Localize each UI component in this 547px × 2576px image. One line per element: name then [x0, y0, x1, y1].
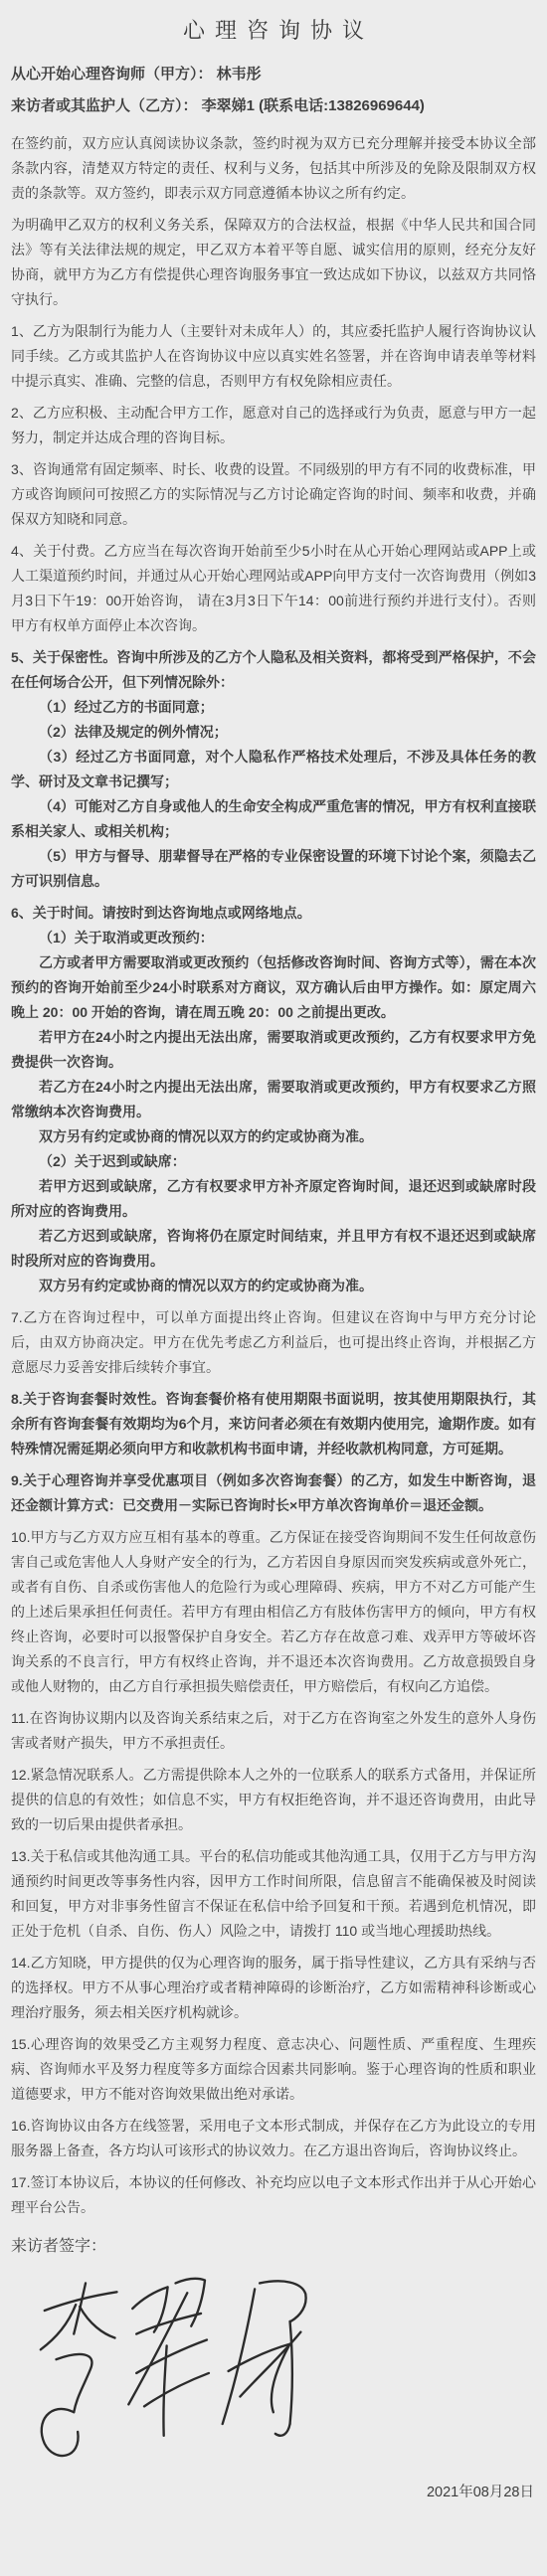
- paragraph: 4、关于付费。乙方应当在每次咨询开始前至少5小时在从心开始心理网站或APP上或人…: [11, 539, 536, 638]
- paragraph: 13.关于私信或其他沟通工具。平台的私信功能或其他沟通工具，仅用于乙方与甲方沟通…: [11, 1844, 536, 1944]
- signature-date: 2021年08月28日: [11, 2481, 536, 2501]
- paragraph: 若乙方迟到或缺席，咨询将仍在原定时间结束，并且甲方有权不退还迟到或缺席时段所对应…: [11, 1224, 536, 1274]
- visitor-signature-label: 来访者签字：: [11, 2236, 536, 2258]
- paragraph: （1）经过乙方的书面同意；: [11, 695, 536, 720]
- paragraph: 11.在咨询协议期内以及咨询关系结束之后，对于乙方在咨询室之外发生的意外人身伤害…: [11, 1706, 536, 1756]
- paragraph: （1）关于取消或更改预约：: [11, 926, 536, 950]
- paragraph: 9.关于心理咨询并享受优惠项目（例如多次咨询套餐）的乙方，如发生中断咨询，退还金…: [11, 1468, 536, 1518]
- paragraph: 乙方或者甲方需要取消或更改预约（包括修改咨询时间、咨询方式等），需在本次预约的咨…: [11, 950, 536, 1025]
- paragraph: 6、关于时间。请按时到达咨询地点或网络地点。: [11, 901, 536, 926]
- paragraph: 若乙方在24小时之内提出无法出席，需要取消或更改预约，甲方有权要求乙方照常缴纳本…: [11, 1075, 536, 1124]
- agreement-body: 在签约前，双方应认真阅读协议条款，签约时视为双方已充分理解并接受本协议全部条款内…: [11, 131, 536, 2220]
- paragraph: 为明确甲乙双方的权利义务关系，保障双方的合法权益，根据《中华人民共和国合同法》等…: [11, 213, 536, 312]
- paragraph: 8.关于咨询套餐时效性。咨询套餐价格有使用期限书面说明，按其使用期限执行，其余所…: [11, 1387, 536, 1461]
- paragraph: 17.签订本协议后，本协议的任何修改、补充均应以电子文本形式作出并于从心开始心理…: [11, 2170, 536, 2220]
- paragraph: （3）经过乙方书面同意，对个人隐私作严格技术处理后，不涉及具体任务的教学、研讨及…: [11, 745, 536, 794]
- paragraph: 16.咨询协议由各方在线签署，采用电子文本形式制成，并保存在乙方为此设立的专用服…: [11, 2114, 536, 2163]
- agreement-page: 心理咨询协议 从心开始心理咨询师（甲方）： 林韦彤 来访者或其监护人（乙方）： …: [0, 0, 547, 2576]
- paragraph: 7.乙方在咨询过程中，可以单方面提出终止咨询。但建议在咨询中与甲方充分讨论后，由…: [11, 1305, 536, 1380]
- signature-image: [29, 2274, 536, 2463]
- paragraph: 1、乙方为限制行为能力人（主要针对未成年人）的，其应委托监护人履行咨询协议认同手…: [11, 319, 536, 394]
- paragraph: 5、关于保密性。咨询中所涉及的乙方个人隐私及相关资料，都将受到严格保护，不会在任…: [11, 645, 536, 695]
- paragraph: （2）法律及规定的例外情况；: [11, 720, 536, 745]
- paragraph: 若甲方迟到或缺席，乙方有权要求甲方补齐原定咨询时间，退还迟到或缺席时段所对应的咨…: [11, 1174, 536, 1224]
- paragraph: （4）可能对乙方自身或他人的生命安全构成严重危害的情况，甲方有权利直接联系相关家…: [11, 794, 536, 844]
- page-title: 心理咨询协议: [21, 14, 536, 45]
- paragraph: （2）关于迟到或缺席：: [11, 1149, 536, 1174]
- paragraph: 15.心理咨询的效果受乙方主观努力程度、意志决心、问题性质、严重程度、生理疾病、…: [11, 2032, 536, 2107]
- paragraph: 在签约前，双方应认真阅读协议条款，签约时视为双方已充分理解并接受本协议全部条款内…: [11, 131, 536, 206]
- paragraph: 双方另有约定或协商的情况以双方的约定或协商为准。: [11, 1124, 536, 1149]
- paragraph: 10.甲方与乙方双方应互相有基本的尊重。乙方保证在接受咨询期间不发生任何故意伤害…: [11, 1525, 536, 1699]
- paragraph: 14.乙方知晓，甲方提供的仅为心理咨询的服务，属于指导性建议，乙方具有采纳与否的…: [11, 1951, 536, 2025]
- party-b-line: 来访者或其监护人（乙方）： 李翠娣1 (联系电话:13826969644): [11, 96, 536, 115]
- paragraph: （5）甲方与督导、朋辈督导在严格的专业保密设置的环境下讨论个案，须隐去乙方可识别…: [11, 844, 536, 894]
- paragraph: 3、咨询通常有固定频率、时长、收费的设置。不同级别的甲方有不同的收费标准，甲方或…: [11, 457, 536, 532]
- paragraph: 2、乙方应积极、主动配合甲方工作，愿意对自己的选择或行为负责，愿意与甲方一起努力…: [11, 401, 536, 450]
- party-a-line: 从心开始心理咨询师（甲方）： 林韦彤: [11, 65, 536, 84]
- paragraph: 12.紧急情况联系人。乙方需提供除本人之外的一位联系人的联系方式备用，并保证所提…: [11, 1763, 536, 1837]
- paragraph: 若甲方在24小时之内提出无法出席，需要取消或更改预约，乙方有权要求甲方免费提供一…: [11, 1025, 536, 1075]
- paragraph: 双方另有约定或协商的情况以双方的约定或协商为准。: [11, 1274, 536, 1298]
- handwritten-signature-svg: [29, 2274, 322, 2463]
